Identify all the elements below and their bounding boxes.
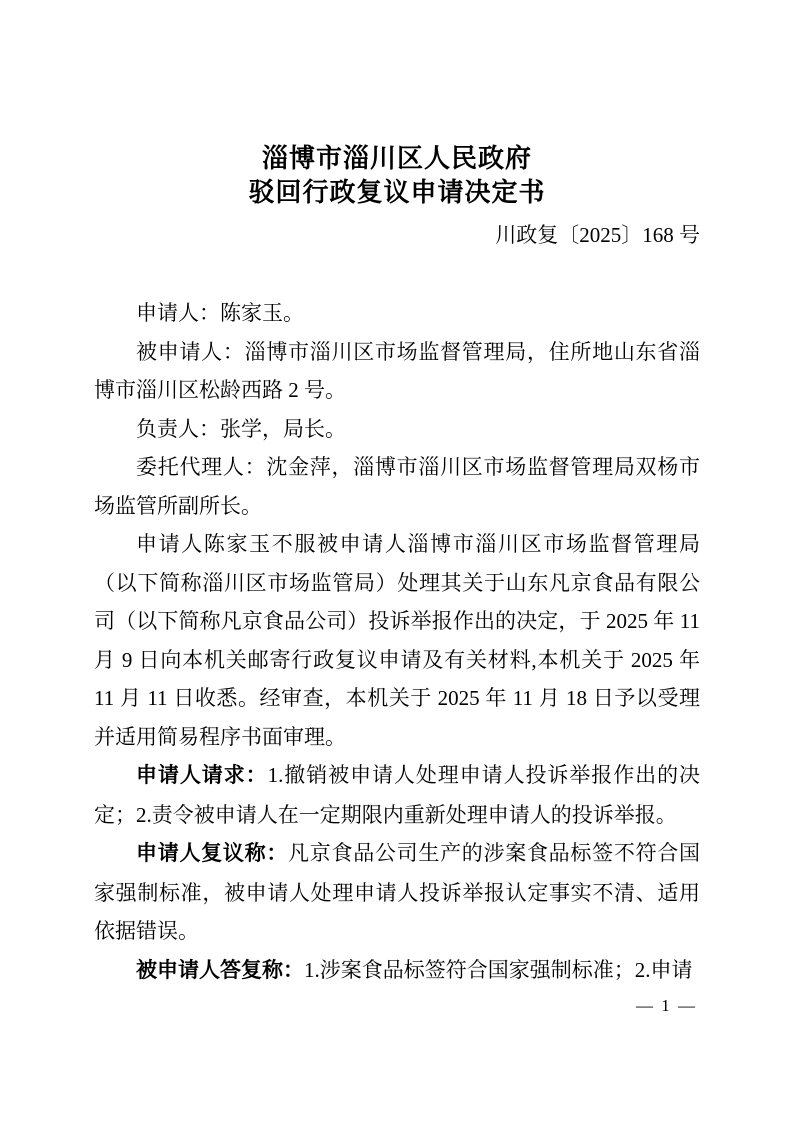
paragraph-text: 被申请人：淄博市淄川区市场监督管理局，住所地山东省淄博市淄川区松龄西路 2 号。 — [94, 340, 700, 403]
paragraph-text: 申请人陈家玉不服被申请人淄博市淄川区市场监督管理局（以下简称淄川区市场监管局）处… — [94, 532, 700, 749]
paragraph-person-in-charge: 负责人：张学，局长。 — [94, 410, 700, 449]
paragraph-respondent-reply: 被申请人答复称：1.涉案食品标签符合国家强制标准；2.申请 — [94, 951, 700, 991]
document-title: 淄博市淄川区人民政府 驳回行政复议申请决定书 — [94, 142, 700, 210]
paragraph-respondent: 被申请人：淄博市淄川区市场监督管理局，住所地山东省淄博市淄川区松龄西路 2 号。 — [94, 333, 700, 410]
page-number: — 1 — — [636, 995, 697, 1017]
paragraph-text: 负责人：张学，局长。 — [136, 417, 346, 441]
paragraph-text: 1.涉案食品标签符合国家强制标准；2.申请 — [304, 958, 693, 982]
document-body: 申请人：陈家玉。 被申请人：淄博市淄川区市场监督管理局，住所地山东省淄博市淄川区… — [94, 294, 700, 990]
paragraph-authorized-agent: 委托代理人：沈金萍，淄博市淄川区市场监督管理局双杨市场监管所副所长。 — [94, 448, 700, 525]
paragraph-label: 被申请人答复称： — [136, 959, 304, 982]
document-page: 淄博市淄川区人民政府 驳回行政复议申请决定书 川政复〔2025〕168 号 申请… — [0, 0, 794, 1123]
paragraph-label: 申请人请求： — [136, 764, 268, 787]
document-number: 川政复〔2025〕168 号 — [94, 222, 700, 248]
document-content: 淄博市淄川区人民政府 驳回行政复议申请决定书 川政复〔2025〕168 号 申请… — [94, 0, 700, 990]
document-title-line1: 淄博市淄川区人民政府 — [94, 142, 700, 176]
paragraph-applicant-request: 申请人请求：1.撤销被申请人处理申请人投诉举报作出的决定；2.责令被申请人在一定… — [94, 756, 700, 834]
paragraph-text: 委托代理人：沈金萍，淄博市淄川区市场监督管理局双杨市场监管所副所长。 — [94, 455, 700, 518]
paragraph-label: 申请人复议称： — [136, 842, 288, 865]
paragraph-case-summary: 申请人陈家玉不服被申请人淄博市淄川区市场监督管理局（以下简称淄川区市场监管局）处… — [94, 525, 700, 756]
paragraph-applicant: 申请人：陈家玉。 — [94, 294, 700, 333]
paragraph-text: 申请人：陈家玉。 — [136, 301, 304, 325]
document-title-line2: 驳回行政复议申请决定书 — [94, 176, 700, 210]
paragraph-applicant-claim: 申请人复议称：凡京食品公司生产的涉案食品标签不符合国家强制标准，被申请人处理申请… — [94, 834, 700, 951]
